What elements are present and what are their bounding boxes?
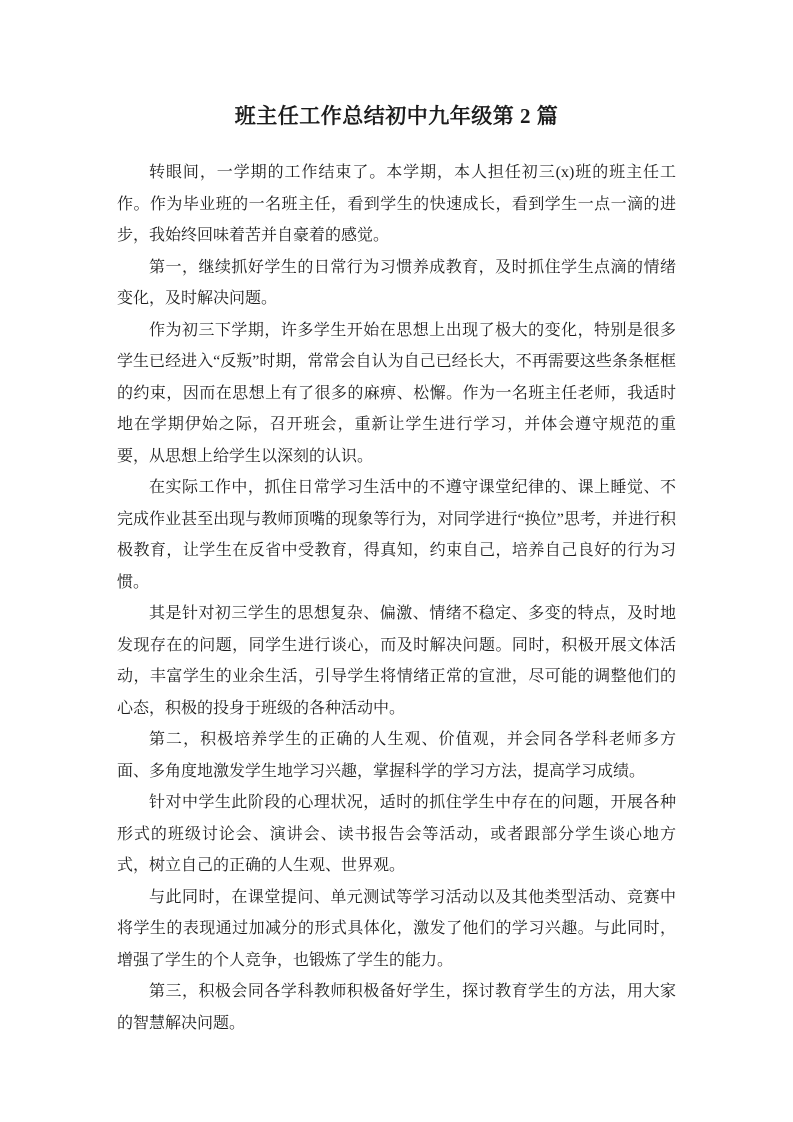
document-body: 转眼间，一学期的工作结束了。本学期，本人担任初三(x)班的班主任工作。作为毕业班… — [117, 157, 676, 1039]
paragraph: 与此同时，在课堂提问、单元测试等学习活动以及其他类型活动、竞赛中将学生的表现通过… — [117, 882, 676, 977]
paragraph: 在实际工作中，抓住日常学习生活中的不遵守课堂纪律的、课上睡觉、不完成作业甚至出现… — [117, 472, 676, 598]
document-page: 班主任工作总结初中九年级第 2 篇 转眼间，一学期的工作结束了。本学期，本人担任… — [0, 0, 793, 1122]
document-title: 班主任工作总结初中九年级第 2 篇 — [117, 103, 676, 129]
paragraph: 针对中学生此阶段的心理状况，适时的抓住学生中存在的问题，开展各种形式的班级讨论会… — [117, 787, 676, 882]
paragraph: 第一，继续抓好学生的日常行为习惯养成教育，及时抓住学生点滴的情绪变化，及时解决问… — [117, 252, 676, 315]
paragraph: 第三，积极会同各学科教师积极备好学生，探讨教育学生的方法，用大家的智慧解决问题。 — [117, 976, 676, 1039]
paragraph: 其是针对初三学生的思想复杂、偏激、情绪不稳定、多变的特点，及时地发现存在的问题，… — [117, 598, 676, 724]
paragraph: 作为初三下学期，许多学生开始在思想上出现了极大的变化，特别是很多学生已经进入“反… — [117, 315, 676, 473]
paragraph: 转眼间，一学期的工作结束了。本学期，本人担任初三(x)班的班主任工作。作为毕业班… — [117, 157, 676, 252]
paragraph: 第二，积极培养学生的正确的人生观、价值观，并会同各学科老师多方面、多角度地激发学… — [117, 724, 676, 787]
